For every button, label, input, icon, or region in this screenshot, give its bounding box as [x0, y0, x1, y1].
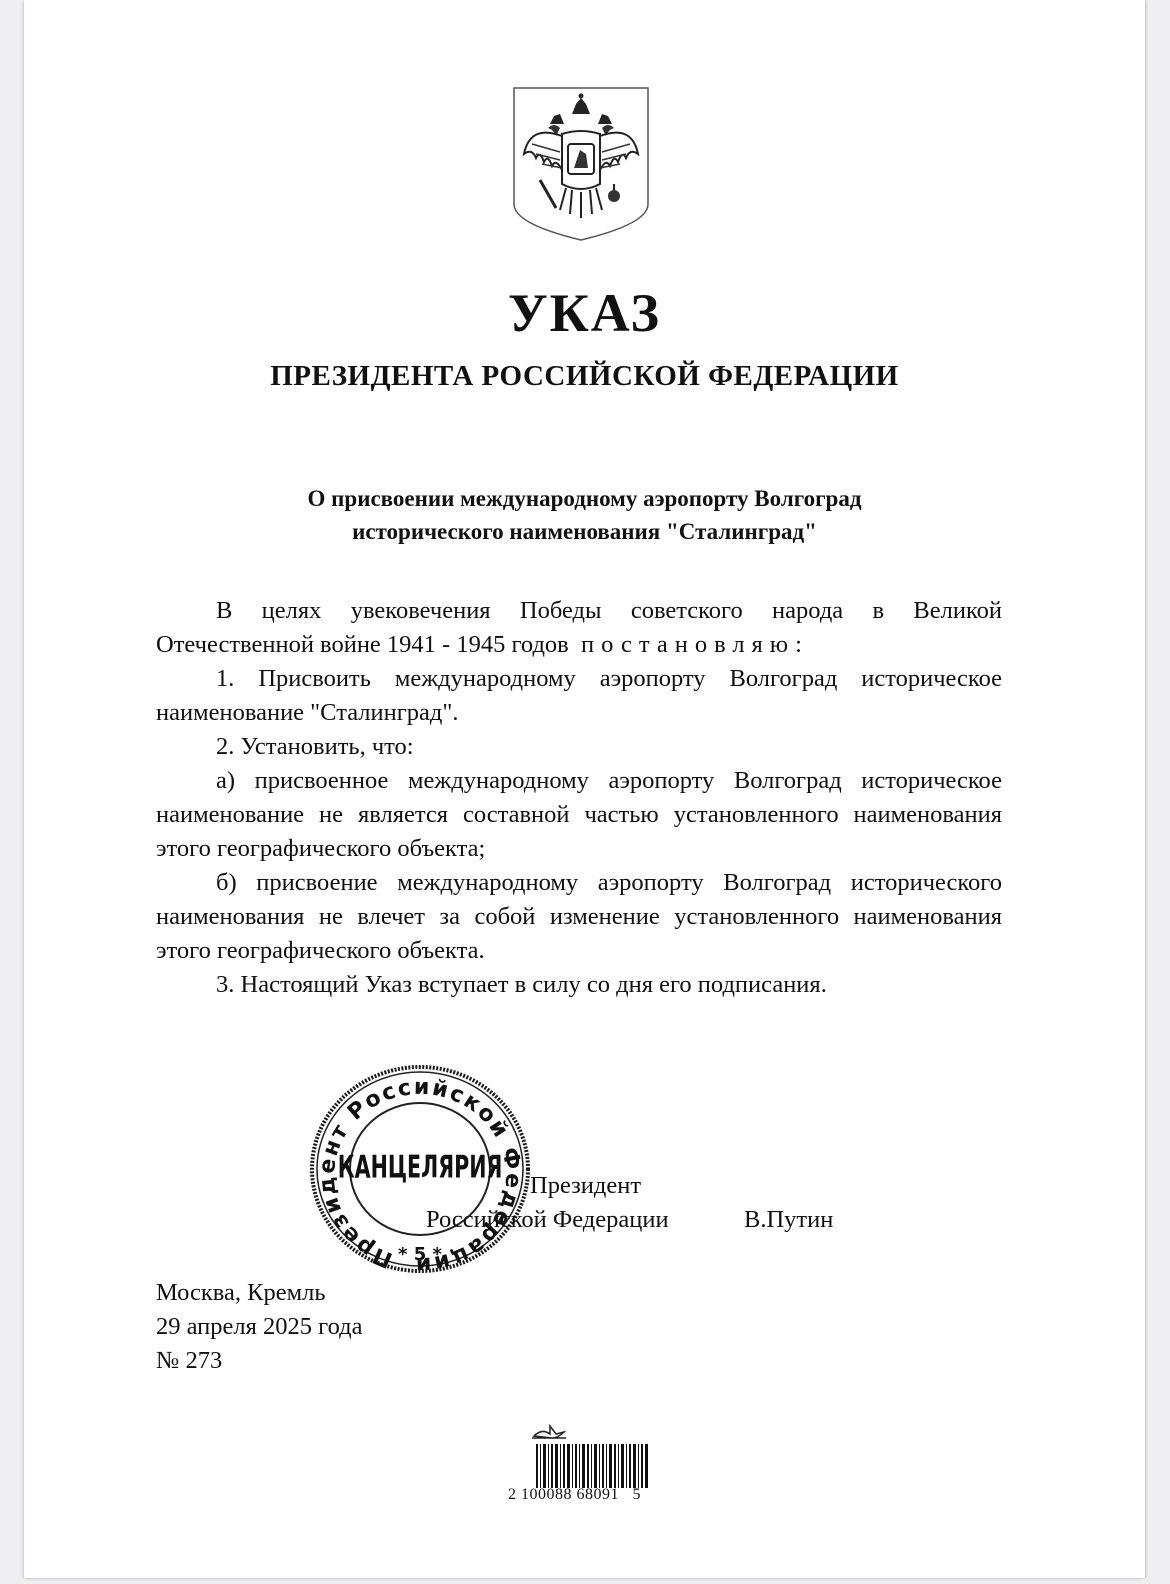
decree-body: В целях увековечения Победы советского н… [156, 594, 1002, 1002]
chancellery-seal: Президент Российской Федерации КАНЦЕЛЯРИ… [304, 1062, 536, 1276]
decree-number: № 273 [156, 1344, 362, 1378]
subject-line-2: исторического наименования "Сталинград" [24, 515, 1145, 548]
item-2a: а) присвоенное международному аэропорту … [156, 764, 1002, 866]
decree-page: УКАЗ ПРЕЗИДЕНТА РОССИЙСКОЙ ФЕДЕРАЦИИ О п… [24, 0, 1145, 1578]
decree-subject: О присвоении международному аэропорту Во… [24, 482, 1145, 548]
preamble-text: В целях увековечения Победы советского н… [156, 597, 1002, 658]
item-2: 2. Установить, что: [156, 730, 1002, 764]
signature-name: В.Путин [744, 1206, 833, 1234]
decree-subtitle: ПРЕЗИДЕНТА РОССИЙСКОЙ ФЕДЕРАЦИИ [24, 360, 1145, 393]
item-1: 1. Присвоить международному аэропорту Во… [156, 662, 1002, 730]
item-3: 3. Настоящий Указ вступает в силу со дня… [156, 968, 1002, 1002]
barcode-bars [536, 1444, 648, 1488]
issuance-place: Москва, Кремль [156, 1276, 362, 1310]
seal-number: * 5 * [398, 1244, 442, 1265]
decree-word: постановляю: [581, 631, 809, 658]
signature-position-1: Президент [530, 1172, 641, 1200]
issuance-block: Москва, Кремль 29 апреля 2025 года № 273 [156, 1276, 362, 1378]
barcode-digits: 2 100088 68091 5 [508, 1486, 641, 1504]
coat-of-arms-icon [510, 84, 652, 244]
issuance-date: 29 апреля 2025 года [156, 1310, 362, 1344]
item-2b: б) присвоение международному аэропорту В… [156, 866, 1002, 968]
signature-position-2: Российской Федерации [426, 1206, 669, 1234]
preamble-paragraph: В целях увековечения Победы советского н… [156, 594, 1002, 662]
seal-center-text: КАНЦЕЛЯРИЯ [338, 1149, 503, 1186]
subject-line-1: О присвоении международному аэропорту Во… [24, 482, 1145, 515]
decree-title: УКАЗ [24, 282, 1145, 344]
ship-mark-icon [532, 1426, 566, 1438]
